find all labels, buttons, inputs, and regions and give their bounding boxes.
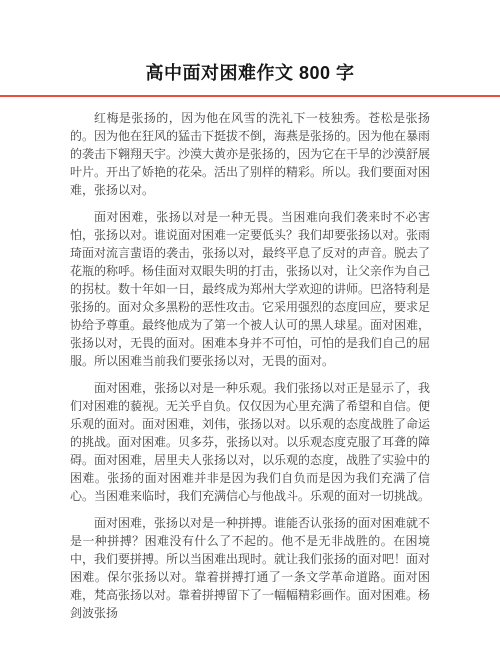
essay-paragraph-4: 面对困难，张扬以对是一种拼搏。谁能否认张扬的面对困难就不是一种拼搏？困难没有什么…: [70, 514, 430, 622]
page-title: 高中面对困难作文 800 字: [0, 0, 500, 84]
essay-paragraph-1: 红梅是张扬的，因为他在风雪的洗礼下一枝独秀。苍松是张扬的。因为他在狂风的猛击下挺…: [70, 109, 430, 199]
essay-paragraph-3: 面对困难，张扬以对是一种乐观。我们张扬以对正是显示了，我们对困难的藐视。无关乎自…: [70, 379, 430, 505]
title-divider: [0, 95, 500, 97]
essay-body: 红梅是张扬的，因为他在风雪的洗礼下一枝独秀。苍松是张扬的。因为他在狂风的猛击下挺…: [70, 109, 430, 622]
essay-page: 高中面对困难作文 800 字 红梅是张扬的，因为他在风雪的洗礼下一枝独秀。苍松是…: [0, 0, 500, 647]
essay-paragraph-2: 面对困难，张扬以对是一种无畏。当困难向我们袭来时不必害怕，张扬以对。谁说面对困难…: [70, 208, 430, 370]
